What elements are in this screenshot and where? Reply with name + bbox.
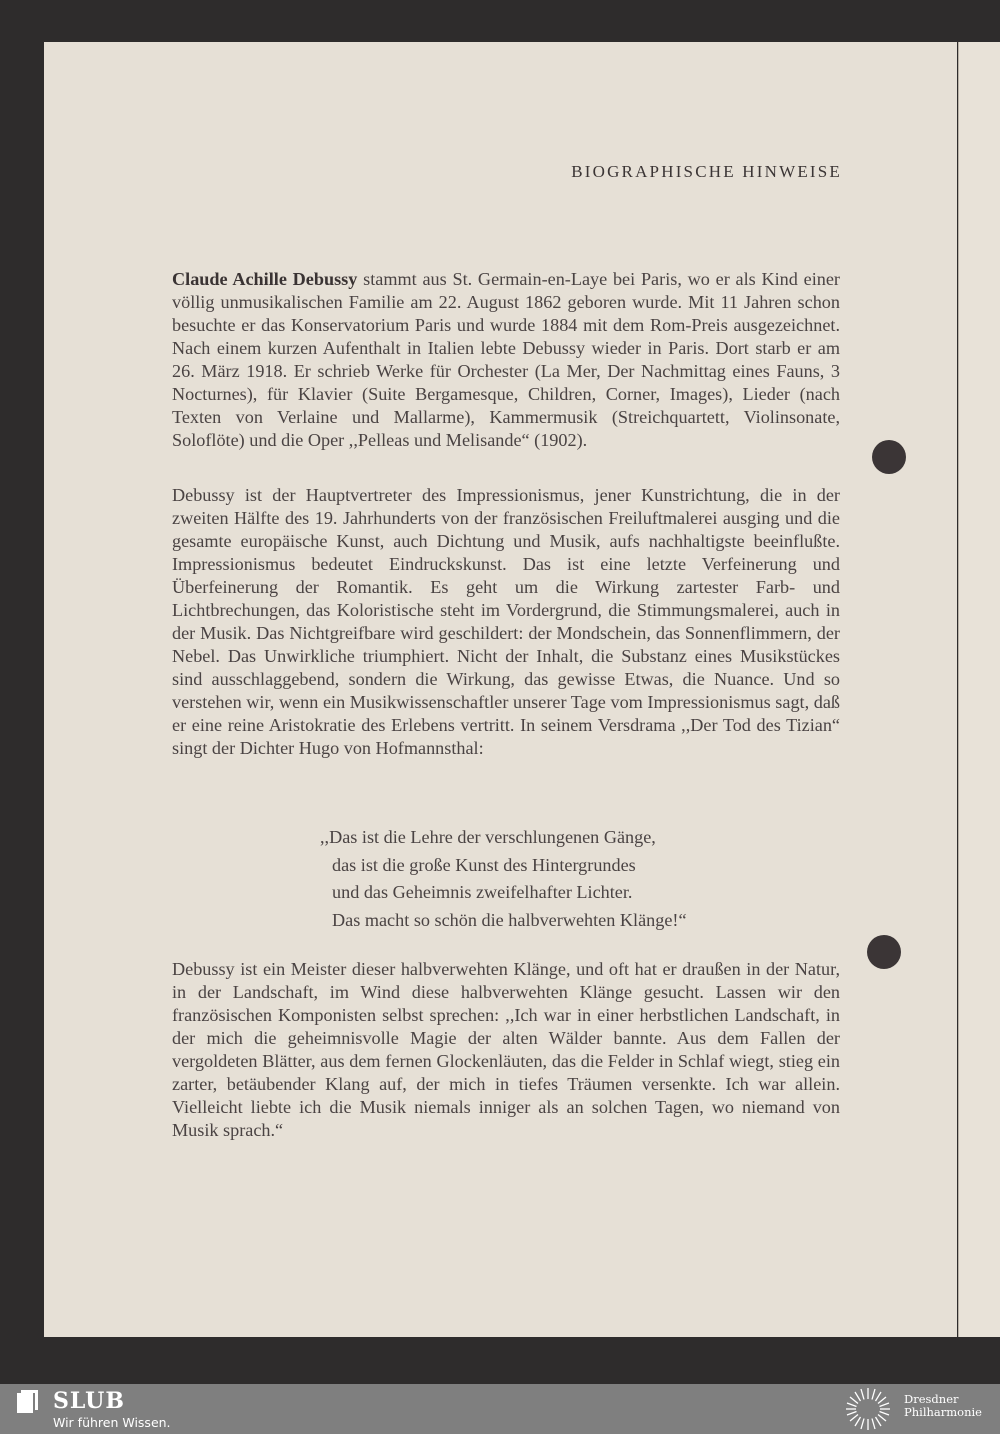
slub-tagline: Wir führen Wissen.	[53, 1415, 171, 1430]
paragraph-biography: Claude Achille Debussy stammt aus St. Ge…	[172, 268, 840, 452]
punch-hole-top	[872, 440, 906, 474]
paragraph-impressionism: Debussy ist der Hauptvertreter des Impre…	[172, 484, 840, 760]
verse-line: und das Geheimnis zweifelhafter Lichter.	[320, 879, 800, 907]
paragraph-text: Debussy ist der Hauptvertreter des Impre…	[172, 484, 840, 760]
footer-bar: SLUB Wir führen Wissen. Dresdner	[0, 1384, 1000, 1434]
dresdner-philharmonie-sunburst-icon	[842, 1386, 894, 1432]
punch-hole-bottom	[867, 935, 901, 969]
next-page-edge	[958, 42, 1000, 1337]
paragraph-text: Debussy ist ein Meister dieser halbverwe…	[172, 958, 840, 1142]
verse-line: ,,Das ist die Lehre der verschlungenen G…	[320, 824, 800, 852]
verse-line: Das macht so schön die halbverwehten Klä…	[320, 907, 800, 935]
paragraph-debussy-quote: Debussy ist ein Meister dieser halbverwe…	[172, 958, 840, 1142]
slub-logo-name[interactable]: SLUB	[53, 1388, 125, 1414]
verse-quote: ,,Das ist die Lehre der verschlungenen G…	[320, 824, 800, 934]
page-header-title: BIOGRAPHISCHE HINWEISE	[500, 162, 842, 182]
dresdner-philharmonie-logo-text[interactable]: Dresdner Philharmonie	[904, 1393, 982, 1419]
paragraph-text: stammt aus St. Germain-en-Laye bei Paris…	[172, 269, 840, 450]
verse-line: das ist die große Kunst des Hintergrunde…	[320, 852, 800, 880]
slub-book-icon	[13, 1389, 39, 1415]
composer-name: Claude Achille Debussy	[172, 269, 357, 289]
logo-line-2: Philharmonie	[904, 1406, 982, 1419]
